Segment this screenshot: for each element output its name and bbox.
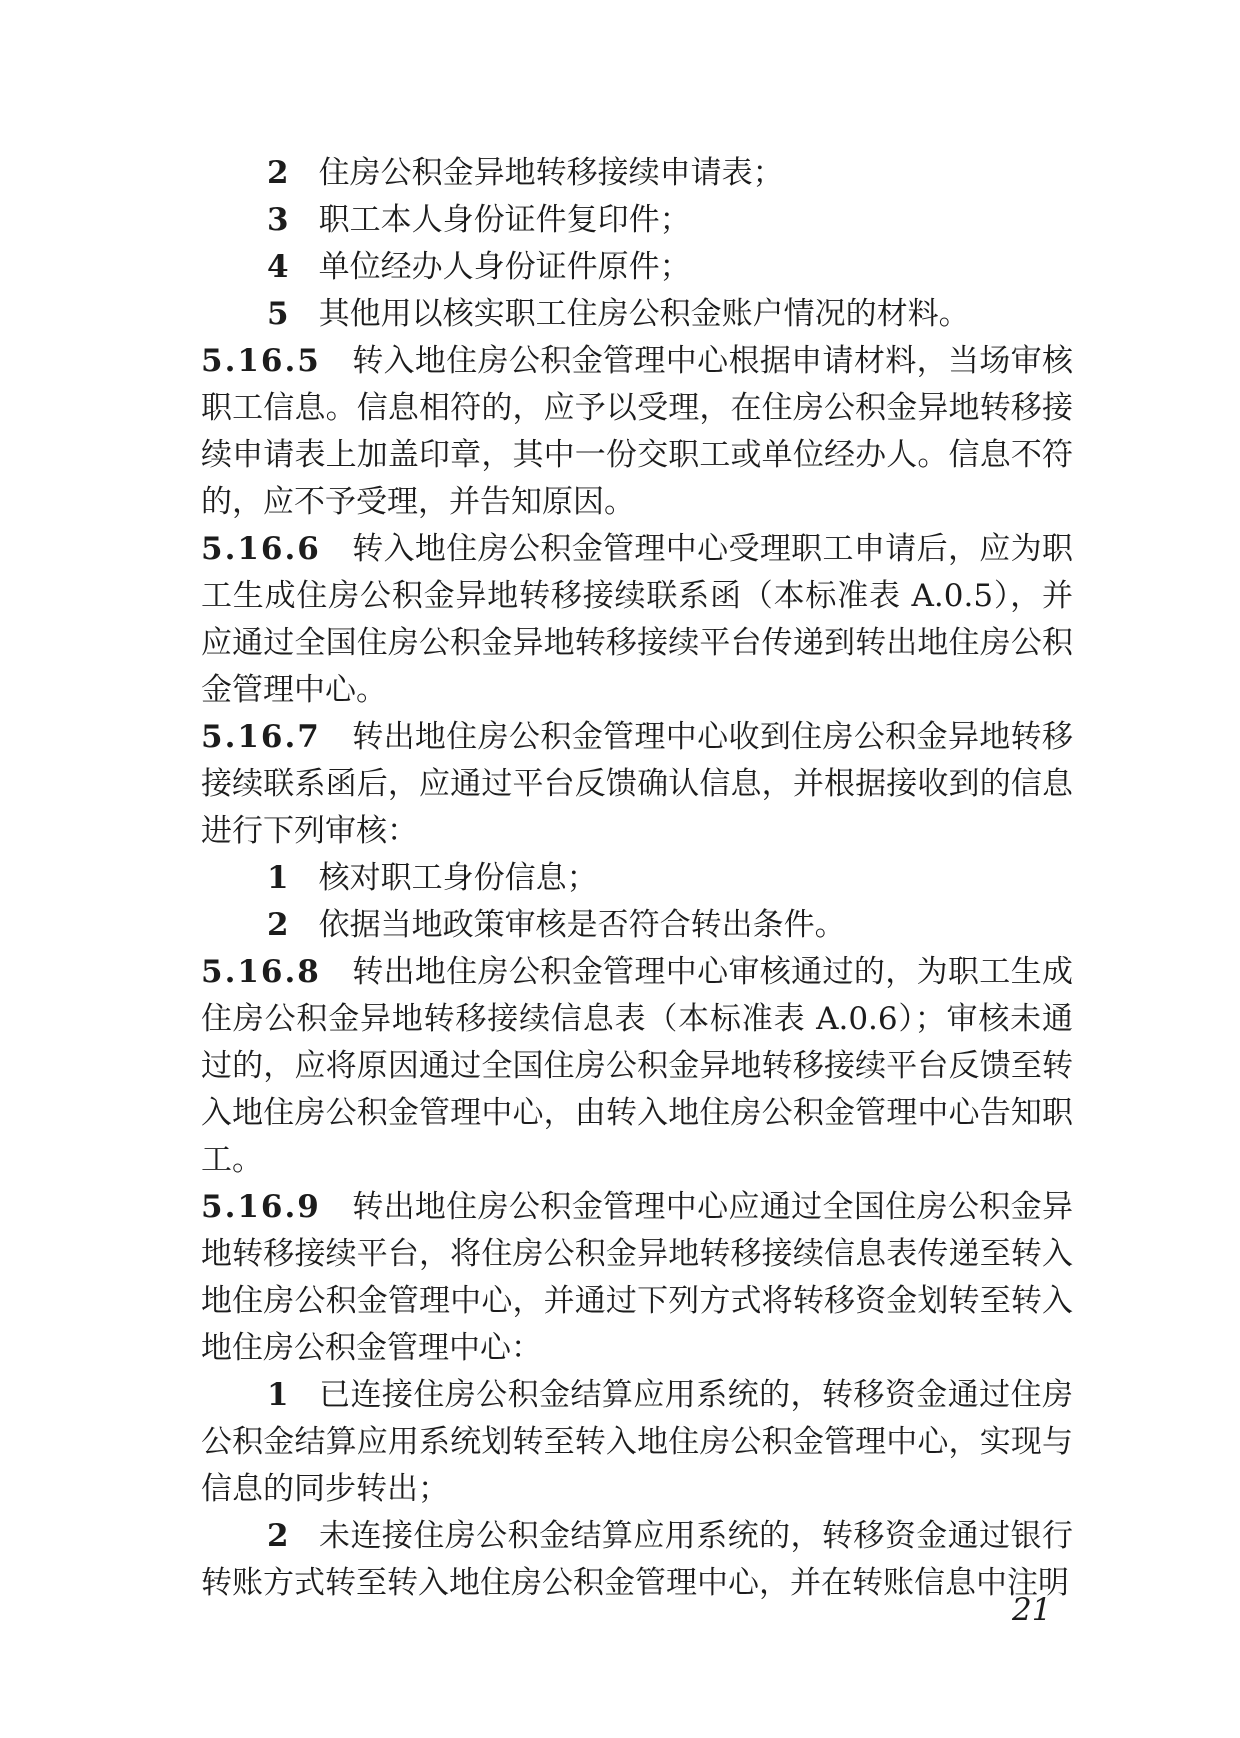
sub-item-2-policy-check: 2依据当地政策审核是否符合转出条件。 — [201, 902, 1073, 949]
item-text: 核对职工身份信息； — [319, 860, 598, 896]
clause-number: 5.16.8 — [201, 954, 321, 990]
item-text: 职工本人身份证件复印件； — [319, 202, 691, 238]
clause-text: 转入地住房公积金管理中心受理职工申请后，应为职工生成住房公积金异地转移接续联系函… — [201, 531, 1073, 708]
item-number: 4 — [267, 249, 289, 285]
item-number: 2 — [267, 155, 289, 191]
sub-item-1-settlement-system: 1已连接住房公积金结算应用系统的，转移资金通过住房公积金结算应用系统划转至转入地… — [201, 1372, 1073, 1513]
clause-text: 转出地住房公积金管理中心审核通过的，为职工生成住房公积金异地转移接续信息表（本标… — [201, 954, 1073, 1178]
item-text: 未连接住房公积金结算应用系统的，转移资金通过银行转账方式转至转入地住房公积金管理… — [201, 1518, 1073, 1601]
clause-number: 5.16.5 — [201, 343, 321, 379]
list-item-4-id-original: 4单位经办人身份证件原件； — [201, 244, 1073, 291]
item-number: 1 — [267, 860, 289, 896]
clause-text: 转出地住房公积金管理中心应通过全国住房公积金异地转移接续平台，将住房公积金异地转… — [201, 1189, 1073, 1366]
item-text: 其他用以核实职工住房公积金账户情况的材料。 — [319, 296, 970, 332]
item-text: 依据当地政策审核是否符合转出条件。 — [319, 907, 846, 943]
item-text: 单位经办人身份证件原件； — [319, 249, 691, 285]
list-item-2-application-form: 2住房公积金异地转移接续申请表； — [201, 150, 1073, 197]
list-item-3-id-copy: 3职工本人身份证件复印件； — [201, 197, 1073, 244]
sub-item-1-verify-identity: 1核对职工身份信息； — [201, 855, 1073, 902]
clause-number: 5.16.9 — [201, 1189, 321, 1225]
item-number: 5 — [267, 296, 289, 332]
clause-number: 5.16.6 — [201, 531, 321, 567]
clause-text: 转出地住房公积金管理中心收到住房公积金异地转移接续联系函后，应通过平台反馈确认信… — [201, 719, 1073, 849]
item-text: 住房公积金异地转移接续申请表； — [319, 155, 784, 191]
page-number: 21 — [1012, 1592, 1051, 1628]
clause-5-16-5: 5.16.5转入地住房公积金管理中心根据申请材料，当场审核职工信息。信息相符的，… — [201, 338, 1073, 526]
item-number: 1 — [267, 1377, 289, 1413]
list-item-5-other-materials: 5其他用以核实职工住房公积金账户情况的材料。 — [201, 291, 1073, 338]
clause-text: 转入地住房公积金管理中心根据申请材料，当场审核职工信息。信息相符的，应予以受理，… — [201, 343, 1073, 520]
clause-5-16-9: 5.16.9转出地住房公积金管理中心应通过全国住房公积金异地转移接续平台，将住房… — [201, 1184, 1073, 1372]
item-number: 2 — [267, 907, 289, 943]
clause-number: 5.16.7 — [201, 719, 321, 755]
item-number: 3 — [267, 202, 289, 238]
sub-item-2-bank-transfer: 2未连接住房公积金结算应用系统的，转移资金通过银行转账方式转至转入地住房公积金管… — [201, 1513, 1073, 1607]
page-body-text: 2住房公积金异地转移接续申请表； 3职工本人身份证件复印件； 4单位经办人身份证… — [201, 150, 1073, 1607]
clause-5-16-8: 5.16.8转出地住房公积金管理中心审核通过的，为职工生成住房公积金异地转移接续… — [201, 949, 1073, 1184]
item-number: 2 — [267, 1518, 289, 1554]
item-text: 已连接住房公积金结算应用系统的，转移资金通过住房公积金结算应用系统划转至转入地住… — [201, 1377, 1073, 1507]
clause-5-16-7: 5.16.7转出地住房公积金管理中心收到住房公积金异地转移接续联系函后，应通过平… — [201, 714, 1073, 855]
clause-5-16-6: 5.16.6转入地住房公积金管理中心受理职工申请后，应为职工生成住房公积金异地转… — [201, 526, 1073, 714]
document-page: 2住房公积金异地转移接续申请表； 3职工本人身份证件复印件； 4单位经办人身份证… — [0, 0, 1240, 1738]
